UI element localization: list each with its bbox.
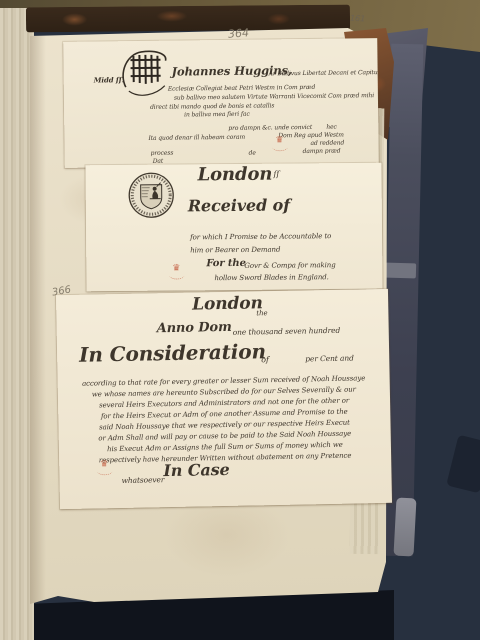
subscription-place: London — [192, 293, 263, 314]
receipt-place-suffix: ſſ — [274, 170, 280, 179]
writ-line-2: Ecclesiæ Collegiat beat Petri Westm in C… — [168, 84, 315, 93]
writ-line-7a: Ita quod denar ill habeam coram — [148, 134, 245, 142]
portcullis-initial-icon — [121, 45, 170, 104]
year-text: one thousand seven hundred — [233, 326, 341, 337]
museum-stamp-icon: ♛ — [268, 136, 290, 160]
writ-line-5: in balliva mea fieri fac — [184, 111, 250, 119]
subscription-place-the: the — [256, 309, 267, 317]
writ-line-8: ad reddend — [310, 139, 344, 146]
writ-line-9b: de — [249, 150, 256, 157]
dark-object — [446, 435, 480, 494]
museum-stamp-icon: ♛ — [165, 264, 187, 288]
photo-of-bound-volume: 161 364 365 366 Midd ſſ. Johannes Huggin… — [0, 0, 480, 640]
writ-line-3: sub ballivo meo salutem Virtute Warranti… — [174, 92, 374, 101]
subscription-body: according to that rate for every greater… — [71, 373, 379, 467]
folio-number: 161 — [350, 13, 366, 23]
promise-line-2: him or Bearer on Demand — [190, 246, 280, 255]
crown-glyph: ♛ — [93, 460, 115, 469]
company-line-intro: For the — [206, 258, 246, 269]
promise-line-1: for which I Promise to be Accountable to — [190, 232, 331, 241]
company-line-2: hollow Sword Blades in England. — [214, 273, 328, 282]
item-number-364: 364 — [228, 26, 250, 40]
writ-form: Midd ſſ. Johannes Huggins, Ar Ballivus L… — [63, 38, 379, 168]
subscription-form: London the Anno Dom one thousand seven h… — [56, 289, 392, 509]
in-case-heading: In Case — [163, 460, 230, 480]
worn-leather-spine-edge — [26, 5, 350, 33]
museum-stamp-icon: ♛ — [93, 460, 115, 484]
strap-end — [393, 498, 416, 557]
receipt-form: London ſſ Received of for which I Promis… — [85, 163, 382, 292]
crown-glyph: ♛ — [165, 264, 187, 273]
writ-line-6a: pro dampn &c. unde convict — [228, 124, 312, 132]
company-line-1: Govr & Compa for making — [244, 261, 335, 270]
county-sidenote: Midd ſſ. — [94, 75, 124, 84]
crown-glyph: ♛ — [268, 136, 290, 145]
consideration-heading: In Consideration — [79, 339, 266, 367]
company-seal-icon — [128, 172, 175, 223]
consideration-of: of — [261, 355, 269, 364]
left-page-edges — [0, 8, 34, 640]
writ-line-4: direct tibi mando quod de bonis et catal… — [150, 102, 274, 111]
anno-dom-label: Anno Dom — [156, 320, 231, 336]
per-cent-text: per Cent and — [305, 354, 354, 364]
receipt-place: London — [197, 164, 272, 186]
writ-line-9a: process — [151, 150, 174, 157]
strap-buckle — [385, 263, 416, 279]
writ-line-9c: dampn præd — [303, 148, 341, 155]
received-of-label: Received of — [188, 196, 290, 216]
writ-line-1: Ar Ballivus Libertat Decani et Capituli — [269, 69, 379, 77]
writ-line-6b: hec — [326, 124, 337, 131]
closing-whatsoever: whatsoever — [121, 475, 164, 485]
